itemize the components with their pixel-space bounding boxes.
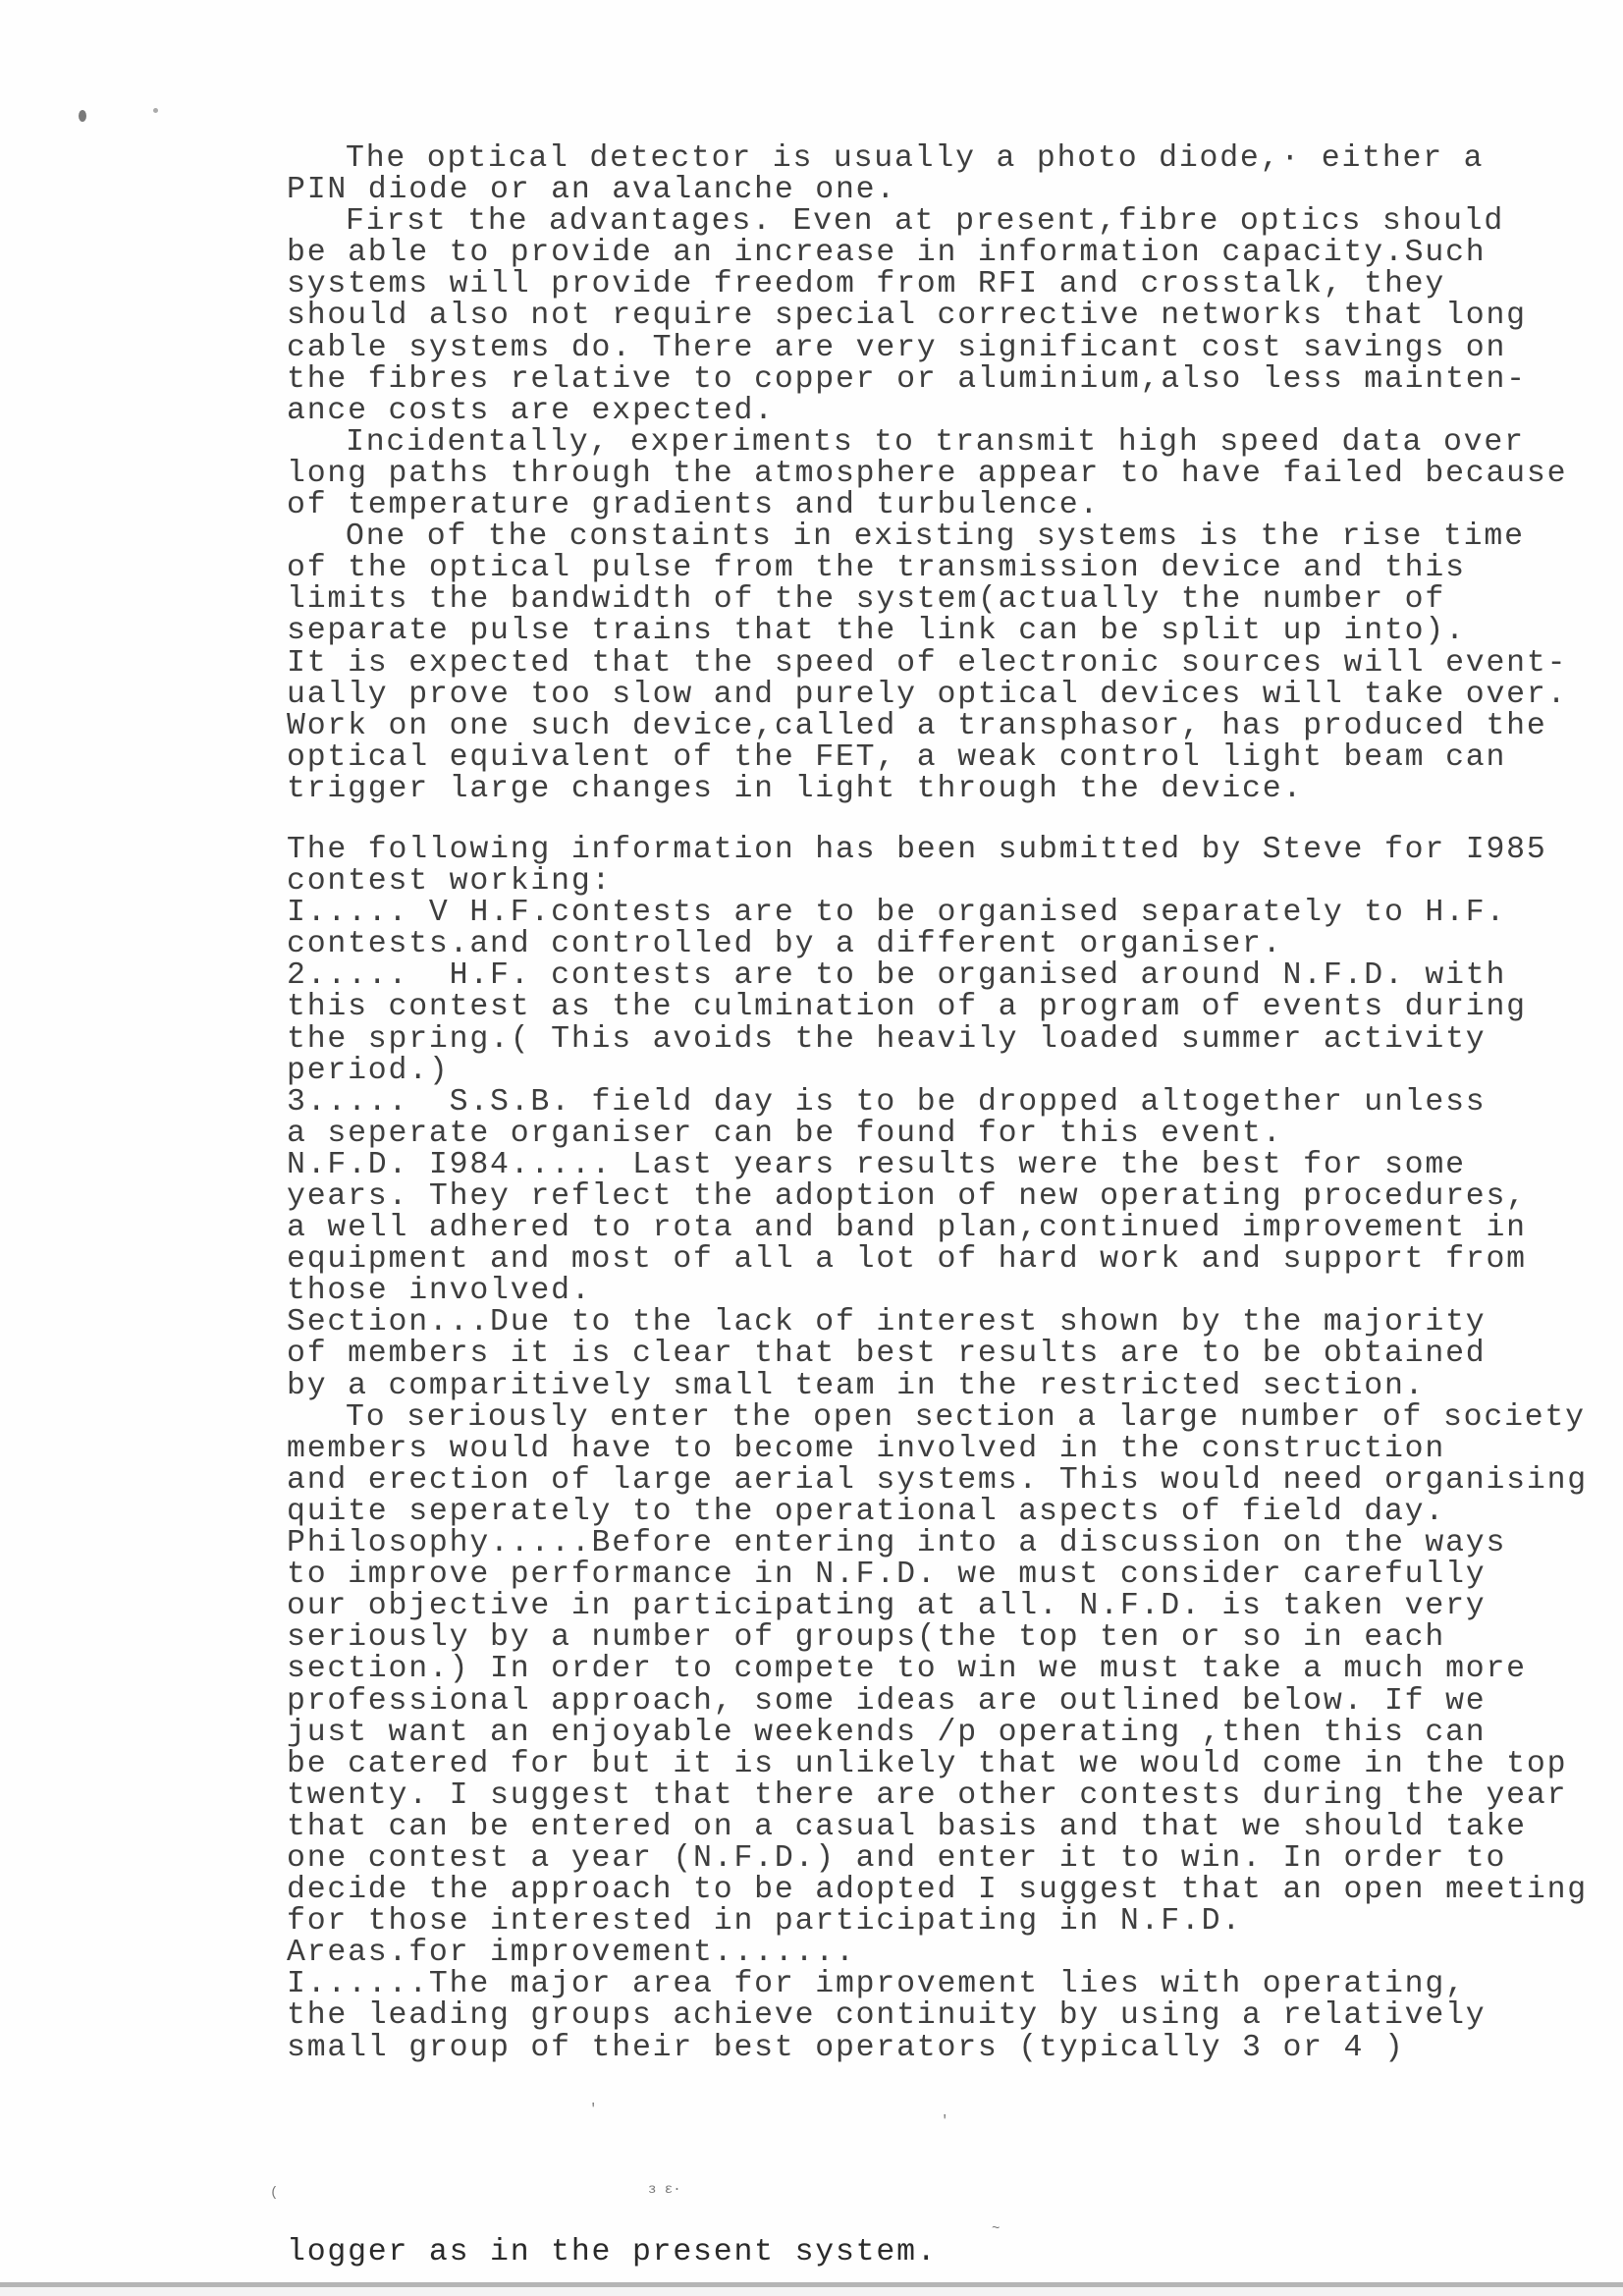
stray-mark: ( [270,2185,278,2201]
page-bottom-fragment: logger as in the present system. [287,2237,938,2269]
text-line: the leading groups achieve continuity by… [287,2000,1583,2032]
text-line: PIN diode or an avalanche one. [287,175,1583,206]
stray-mark: ɜ ɛ· [648,2182,681,2198]
ink-speck [153,108,158,113]
text-line: long paths through the atmosphere appear… [287,459,1583,490]
text-line: equipment and most of all a lot of hard … [287,1244,1583,1276]
text-line: period.) [287,1056,1583,1087]
text-line: of the optical pulse from the transmissi… [287,553,1583,584]
text-line: small group of their best operators (typ… [287,2033,1583,2064]
text-line: be able to provide an increase in inform… [287,238,1583,269]
text-line: of temperature gradients and turbulence. [287,490,1583,521]
text-line: contests.and controlled by a different o… [287,929,1583,960]
text-line: separate pulse trains that the link can … [287,616,1583,647]
text-line: I......The major area for improvement li… [287,1969,1583,2000]
text-line: limits the bandwidth of the system(actua… [287,584,1583,616]
text-line: a seperate organiser can be found for th… [287,1119,1583,1150]
text-line: professional approach, some ideas are ou… [287,1686,1583,1718]
text-line: I..... V H.F.contests are to be organise… [287,898,1583,929]
text-line: To seriously enter the open section a la… [287,1402,1583,1434]
text-line: 3..... S.S.B. field day is to be dropped… [287,1087,1583,1119]
stray-mark: ~ [992,2221,1000,2237]
text-line: It is expected that the speed of electro… [287,648,1583,680]
text-line: just want an enjoyable weekends /p opera… [287,1718,1583,1749]
text-line: section.) In order to compete to win we … [287,1654,1583,1685]
text-line: decide the approach to be adopted I sugg… [287,1875,1583,1906]
text-line: for those interested in participating in… [287,1906,1583,1938]
text-line: of members it is clear that best results… [287,1339,1583,1370]
text-line: be catered for but it is unlikely that w… [287,1749,1583,1780]
text-line: the spring.( This avoids the heavily loa… [287,1024,1583,1056]
ink-speck [79,110,86,122]
text-line: our objective in participating at all. N… [287,1591,1583,1622]
text-line: First the advantages. Even at present,fi… [287,206,1583,238]
text-line: optical equivalent of the FET, a weak co… [287,742,1583,774]
text-line: systems will provide freedom from RFI an… [287,269,1583,301]
text-line: N.F.D. I984..... Last years results were… [287,1150,1583,1181]
text-line: that can be entered on a casual basis an… [287,1812,1583,1843]
text-line: The following information has been submi… [287,835,1583,866]
scan-edge-cut [0,2287,1623,2296]
text-line: a well adhered to rota and band plan,con… [287,1213,1583,1244]
text-line: cable systems do. There are very signifi… [287,333,1583,364]
text-line: ually prove too slow and purely optical … [287,680,1583,711]
text-line: years. They reflect the adoption of new … [287,1181,1583,1213]
text-line: Incidentally, experiments to transmit hi… [287,427,1583,459]
text-line: Work on one such device,called a transph… [287,711,1583,742]
text-line: twenty. I suggest that there are other c… [287,1780,1583,1812]
text-line: Areas.for improvement....... [287,1938,1583,1969]
text-line: to improve performance in N.F.D. we must… [287,1559,1583,1591]
text-line: Philosophy.....Before entering into a di… [287,1528,1583,1559]
text-line: seriously by a number of groups(the top … [287,1622,1583,1654]
text-line: contest working: [287,866,1583,898]
text-line: 2..... H.F. contests are to be organised… [287,960,1583,992]
text-line: One of the constaints in existing system… [287,521,1583,553]
document-body: The optical detector is usually a photo … [287,143,1583,2064]
text-line: Section...Due to the lack of interest sh… [287,1307,1583,1339]
text-line: The optical detector is usually a photo … [287,143,1583,175]
text-line: quite seperately to the operational aspe… [287,1497,1583,1528]
text-line: should also not require special correcti… [287,301,1583,332]
text-line: those involved. [287,1276,1583,1307]
text-line: ance costs are expected. [287,396,1583,427]
text-line: and erection of large aerial systems. Th… [287,1465,1583,1497]
text-line: trigger large changes in light through t… [287,774,1583,805]
text-line: by a comparitively small team in the res… [287,1371,1583,1402]
stray-mark: ' [589,2102,597,2117]
stray-mark: ' [941,2113,948,2129]
text-line: members would have to become involved in… [287,1434,1583,1465]
text-line: one contest a year (N.F.D.) and enter it… [287,1843,1583,1875]
text-line: this contest as the culmination of a pro… [287,992,1583,1023]
text-line: the fibres relative to copper or alumini… [287,364,1583,396]
scanned-typewritten-page: The optical detector is usually a photo … [0,0,1623,2296]
